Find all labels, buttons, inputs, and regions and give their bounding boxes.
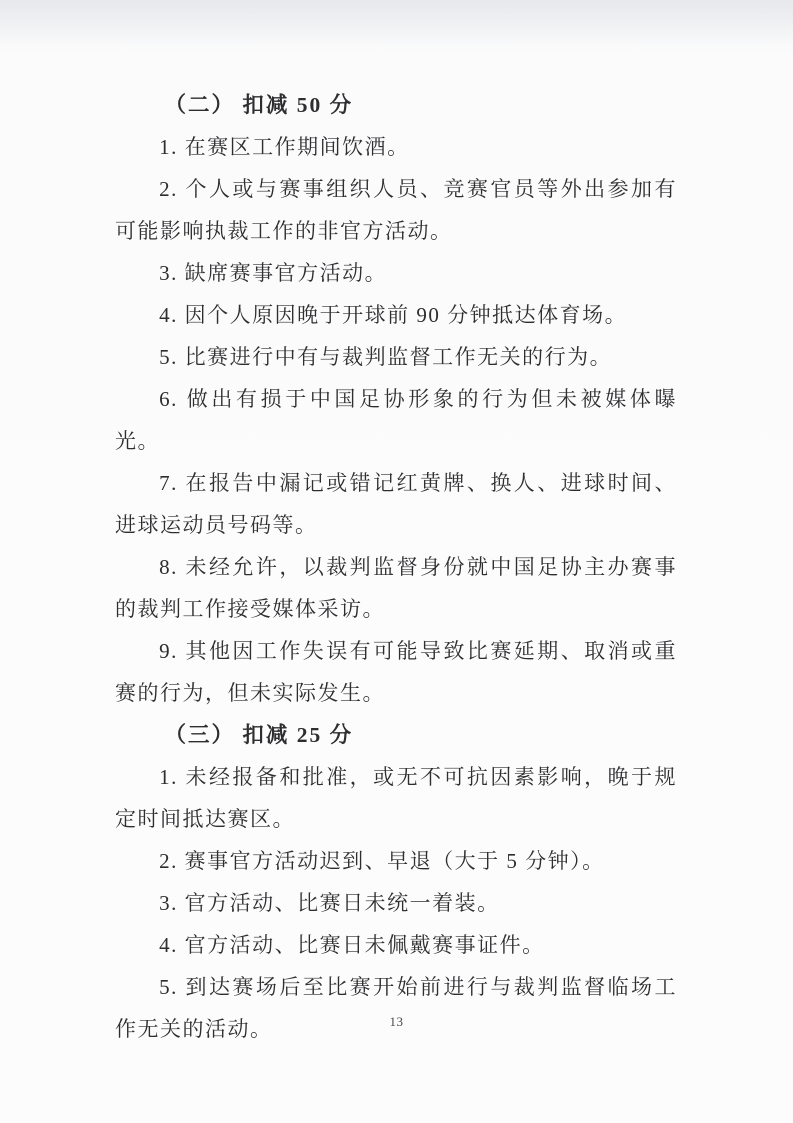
- list-item: 2. 赛事官方活动迟到、早退（大于 5 分钟）。: [115, 840, 677, 882]
- section-heading-deduct-50: （二） 扣减 50 分: [115, 84, 677, 126]
- section-heading-deduct-25: （三） 扣减 25 分: [115, 714, 677, 756]
- list-item: 8. 未经允许，以裁判监督身份就中国足协主办赛事的裁判工作接受媒体采访。: [115, 546, 677, 630]
- list-item: 4. 因个人原因晚于开球前 90 分钟抵达体育场。: [115, 294, 677, 336]
- page-number: 13: [0, 1014, 793, 1030]
- list-item: 1. 在赛区工作期间饮酒。: [115, 126, 677, 168]
- list-item: 3. 缺席赛事官方活动。: [115, 252, 677, 294]
- list-item: 6. 做出有损于中国足协形象的行为但未被媒体曝光。: [115, 378, 677, 462]
- document-page: （二） 扣减 50 分 1. 在赛区工作期间饮酒。 2. 个人或与赛事组织人员、…: [0, 0, 793, 1123]
- list-item: 2. 个人或与赛事组织人员、竞赛官员等外出参加有可能影响执裁工作的非官方活动。: [115, 168, 677, 252]
- list-item: 5. 比赛进行中有与裁判监督工作无关的行为。: [115, 336, 677, 378]
- document-content: （二） 扣减 50 分 1. 在赛区工作期间饮酒。 2. 个人或与赛事组织人员、…: [115, 84, 677, 1050]
- list-item: 3. 官方活动、比赛日未统一着装。: [115, 882, 677, 924]
- list-item: 5. 到达赛场后至比赛开始前进行与裁判监督临场工作无关的活动。: [115, 966, 677, 1050]
- list-item: 7. 在报告中漏记或错记红黄牌、换人、进球时间、进球运动员号码等。: [115, 462, 677, 546]
- list-item: 4. 官方活动、比赛日未佩戴赛事证件。: [115, 924, 677, 966]
- scan-artifact-top: [0, 0, 793, 46]
- list-item: 9. 其他因工作失误有可能导致比赛延期、取消或重赛的行为，但未实际发生。: [115, 630, 677, 714]
- list-item: 1. 未经报备和批准，或无不可抗因素影响，晚于规定时间抵达赛区。: [115, 756, 677, 840]
